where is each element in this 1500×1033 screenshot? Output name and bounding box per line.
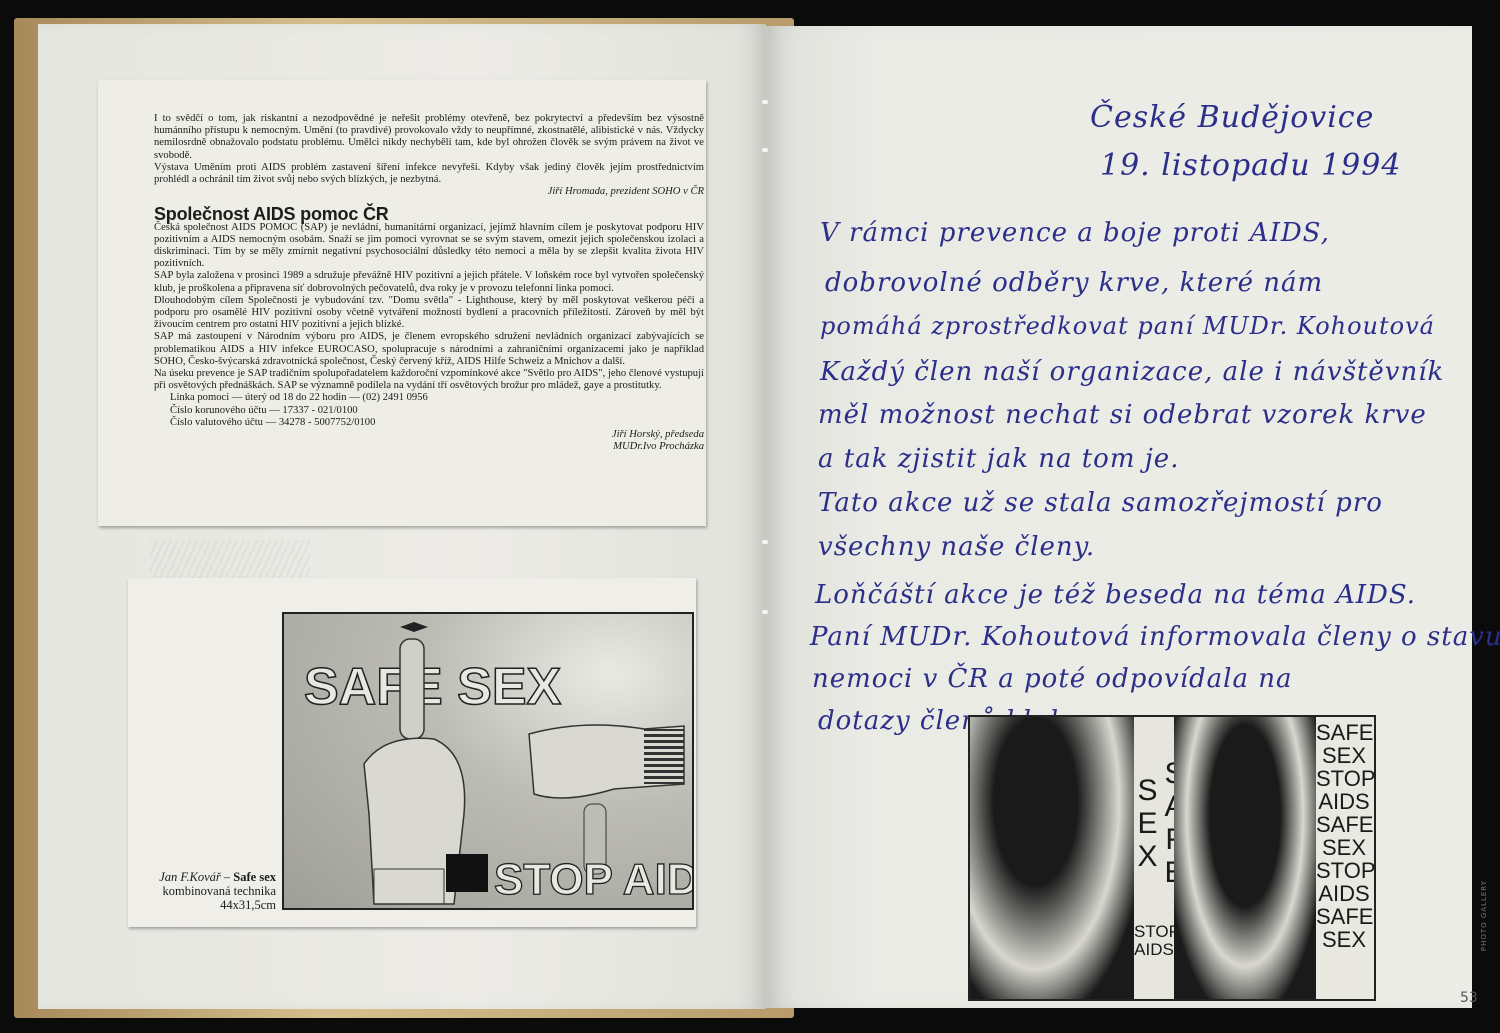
photo-left-panel xyxy=(970,717,1134,999)
newspaper-clipping: I to svědčí o tom, jak riskantní a nezod… xyxy=(98,80,706,526)
binding-stitch xyxy=(762,148,768,152)
artwork-technique: kombinovaná technika xyxy=(128,884,276,898)
svg-text:STOP AIDS: STOP AIDS xyxy=(494,855,692,904)
handwritten-line: Tato akce už se stala samozřejmostí pro xyxy=(818,488,1383,518)
book-gutter xyxy=(764,26,768,1008)
safe-sex-photo-collage: SAFE SEX STOP AIDS SAFE SEX STOP AIDS SA… xyxy=(968,715,1376,1001)
page-number: 53 xyxy=(1460,990,1478,1006)
intro-paragraph: I to svědčí o tom, jak riskantní a nezod… xyxy=(154,113,704,162)
clipping-title: Společnost AIDS pomoc ČR xyxy=(154,208,704,220)
body-paragraph: Na úseku prevence je SAP tradičním spolu… xyxy=(154,368,704,392)
body-paragraph: SAP byla založena v prosinci 1989 a sdru… xyxy=(154,270,704,294)
handwritten-line: měl možnost nechat si odebrat vzorek krv… xyxy=(818,400,1427,430)
handwritten-place: České Budějovice xyxy=(1090,100,1374,135)
svg-text:SAFE SEX: SAFE SEX xyxy=(304,658,561,716)
safe-sex-artwork: SAFE SEX STOP AIDS xyxy=(282,612,694,910)
artwork-size: 44x31,5cm xyxy=(128,898,276,912)
clipping-body: I to svědčí o tom, jak riskantní a nezod… xyxy=(154,113,704,453)
handwritten-date: 19. listopadu 1994 xyxy=(1100,148,1401,183)
contact-line: Číslo valutového účtu — 34278 - 5007752/… xyxy=(154,417,704,429)
handwritten-line: Loňčáští akce je též beseda na téma AIDS… xyxy=(815,580,1416,610)
handwritten-line: pomáhá zprostředkovat paní MUDr. Kohouto… xyxy=(820,312,1435,340)
intro-paragraph: Výstava Uměním proti AIDS problém zastav… xyxy=(154,162,704,186)
binding-stitch xyxy=(762,100,768,104)
handwritten-line: všechny naše členy. xyxy=(818,532,1095,562)
contact-line: Linka pomoci — úterý od 18 do 22 hodin —… xyxy=(154,392,704,404)
contact-line: Číslo korunového účtu — 17337 - 021/0100 xyxy=(154,405,704,417)
artwork-title: Safe sex xyxy=(233,870,276,884)
watermark: PHOTO GALLERY xyxy=(1480,880,1488,951)
body-paragraph: Dlouhodobým cílem Společnosti je vybudov… xyxy=(154,295,704,332)
artwork-illustration-icon: SAFE SEX STOP AIDS xyxy=(284,614,692,908)
signature-line: MUDr.Ivo Procházka xyxy=(154,441,704,453)
photo-side-words: SAFE SEX STOP AIDS SAFE SEX STOP AIDS SA… xyxy=(1316,721,1372,951)
photo-right-panel xyxy=(1174,717,1316,999)
artwork-caption: Jan F.Kovář – Safe sex kombinovaná techn… xyxy=(128,870,276,912)
handwritten-line: V rámci prevence a boje proti AIDS, xyxy=(820,218,1330,248)
handwritten-line: Paní MUDr. Kohoutová informovala členy o… xyxy=(810,622,1500,652)
body-paragraph: SAP má zastoupení v Národním výboru pro … xyxy=(154,331,704,368)
handwritten-line: Každý člen naší organizace, ale i návště… xyxy=(820,357,1444,387)
handwritten-line: a tak zjistit jak na tom je. xyxy=(818,444,1179,474)
binding-stitch xyxy=(762,540,768,544)
body-paragraph: Česká společnost AIDS POMOC (SAP) je nev… xyxy=(154,222,704,271)
photo-vertical-text: SAFE SEX STOP AIDS xyxy=(1134,717,1174,999)
signature-line: Jiří Horský, předseda xyxy=(154,429,704,441)
artist-name: Jan F.Kovář xyxy=(159,870,221,884)
intro-signature: Jiří Hromada, prezident SOHO v ČR xyxy=(154,186,704,198)
binding-stitch xyxy=(762,610,768,614)
handwritten-line: nemoci v ČR a poté odpovídala na xyxy=(812,664,1293,694)
handwritten-line: dobrovolné odběry krve, které nám xyxy=(825,268,1323,298)
